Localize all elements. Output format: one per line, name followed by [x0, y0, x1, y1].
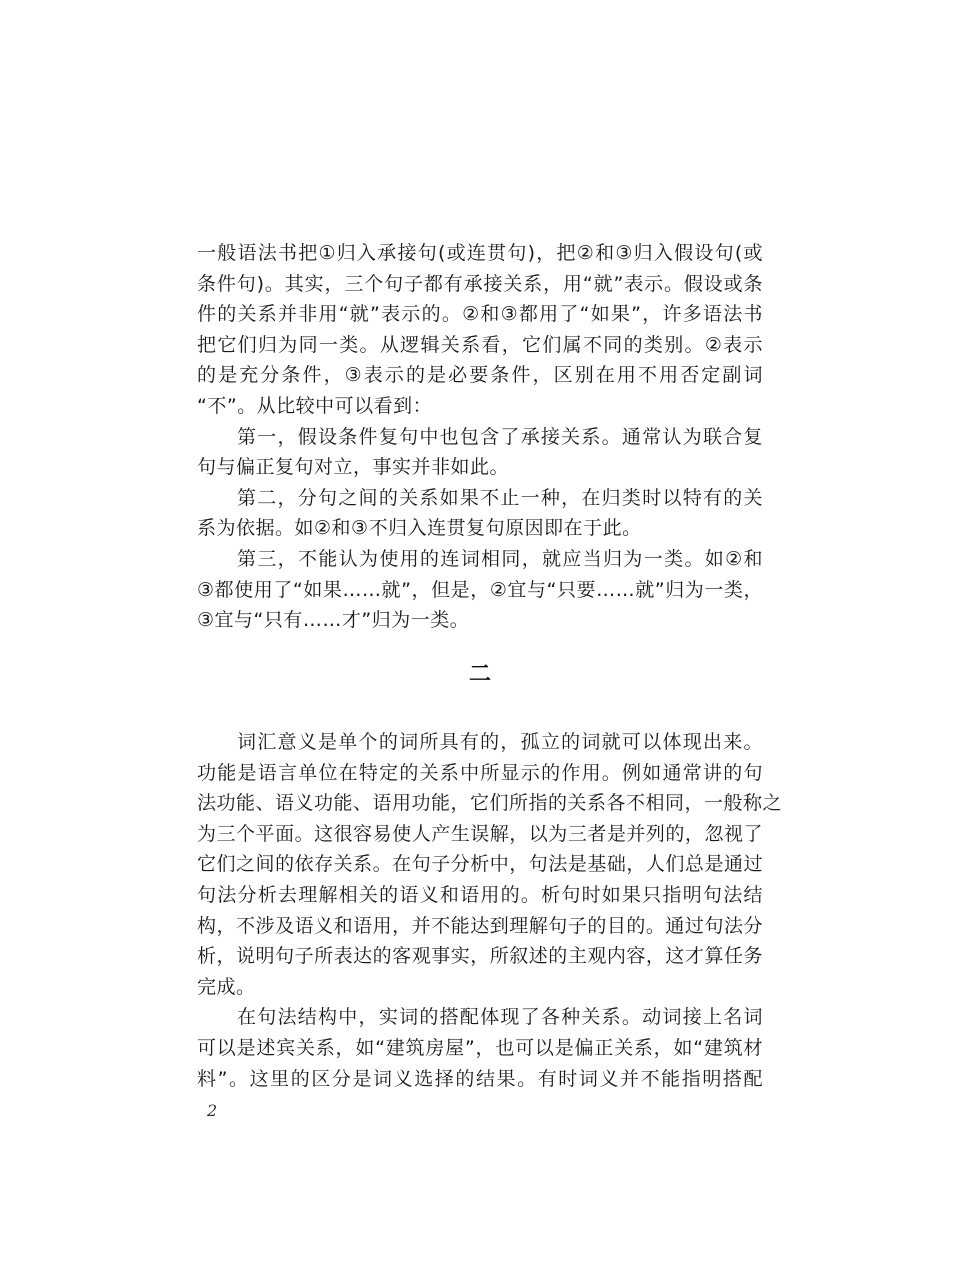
text-line: “不”。从比较中可以看到：: [197, 391, 763, 422]
text-line: 把它们归为同一类。从逻辑关系看，它们属不同的类别。②表示: [197, 330, 763, 361]
text-line: ③宜与“只有……才”归为一类。: [197, 605, 763, 636]
text-line: 功能是语言单位在特定的关系中所显示的作用。例如通常讲的句: [197, 758, 763, 789]
text-line: 可以是述宾关系，如“建筑房屋”，也可以是偏正关系，如“建筑材: [197, 1033, 763, 1064]
text-line: 构，不涉及语义和语用，并不能达到理解句子的目的。通过句法分: [197, 911, 763, 942]
text-line: 为三个平面。这很容易使人产生误解，以为三者是并列的，忽视了: [197, 819, 763, 850]
text-line: 条件句)。其实，三个句子都有承接关系，用“就”表示。假设或条: [197, 269, 763, 300]
paragraph-first-line: 第三，不能认为使用的连词相同，就应当归为一类。如②和: [197, 544, 763, 575]
paragraph-first-line: 词汇意义是单个的词所具有的，孤立的词就可以体现出来。: [197, 727, 763, 758]
section-two-body: 词汇意义是单个的词所具有的，孤立的词就可以体现出来。 功能是语言单位在特定的关系…: [197, 727, 763, 1094]
page-number: 2: [207, 1101, 217, 1120]
section-one-body: 一般语法书把①归入承接句(或连贯句)，把②和③归入假设句(或 条件句)。其实，三…: [197, 238, 763, 636]
text-line: ③都使用了“如果……就”，但是，②宜与“只要……就”归为一类，: [197, 575, 763, 606]
paragraph-first-line: 第一，假设条件复句中也包含了承接关系。通常认为联合复: [197, 422, 763, 453]
text-line: 析，说明句子所表达的客观事实，所叙述的主观内容，这才算任务: [197, 941, 763, 972]
text-line: 完成。: [197, 972, 763, 1003]
text-line: 料”。这里的区分是词义选择的结果。有时词义并不能指明搭配: [197, 1064, 763, 1095]
book-page: 一般语法书把①归入承接句(或连贯句)，把②和③归入假设句(或 条件句)。其实，三…: [0, 0, 960, 1276]
section-heading: 二: [460, 660, 500, 690]
text-line: 它们之间的依存关系。在句子分析中，句法是基础，人们总是通过: [197, 849, 763, 880]
text-line: 件的关系并非用“就”表示的。②和③都用了“如果”，许多语法书: [197, 299, 763, 330]
text-line: 句与偏正复句对立，事实并非如此。: [197, 452, 763, 483]
text-line: 法功能、语义功能、语用功能，它们所指的关系各不相同，一般称之: [197, 788, 763, 819]
text-line: 系为依据。如②和③不归入连贯复句原因即在于此。: [197, 513, 763, 544]
text-line: 的是充分条件，③表示的是必要条件，区别在用不用否定副词: [197, 360, 763, 391]
text-line: 句法分析去理解相关的语义和语用的。析句时如果只指明句法结: [197, 880, 763, 911]
paragraph-first-line: 第二，分句之间的关系如果不止一种，在归类时以特有的关: [197, 483, 763, 514]
text-line: 一般语法书把①归入承接句(或连贯句)，把②和③归入假设句(或: [197, 238, 763, 269]
paragraph-first-line: 在句法结构中，实词的搭配体现了各种关系。动词接上名词: [197, 1002, 763, 1033]
